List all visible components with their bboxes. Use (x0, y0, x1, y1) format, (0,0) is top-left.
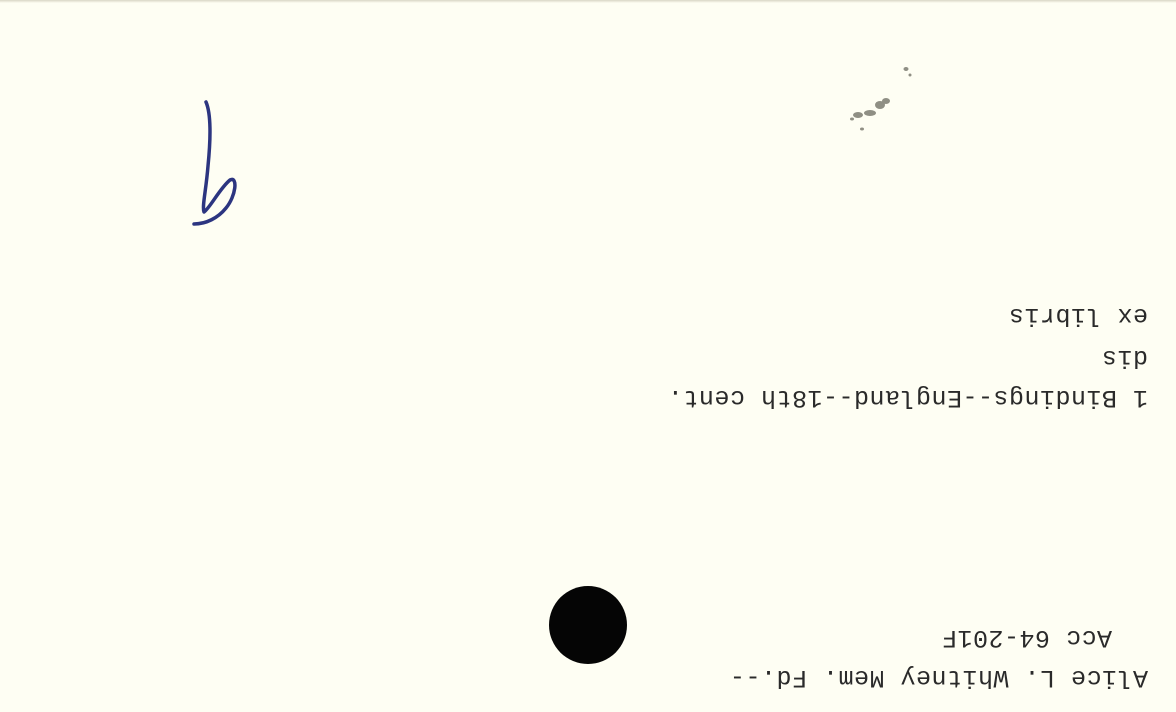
note-line-ex-libris: ex libris (1008, 301, 1148, 330)
note-line-dis: dis (1101, 343, 1148, 372)
handwritten-number-mark (186, 96, 246, 236)
ink-smudge (830, 55, 920, 135)
punch-hole (549, 586, 627, 664)
donor-line: Alice L. Whitney Mem. Fd.-- (729, 663, 1148, 692)
catalog-card: Alice L. Whitney Mem. Fd.-- Acc 64-201F … (0, 0, 1176, 712)
accession-number: Acc 64-201F (941, 623, 1112, 652)
subject-heading: 1 Bindings--England--18th cent. (667, 383, 1148, 412)
